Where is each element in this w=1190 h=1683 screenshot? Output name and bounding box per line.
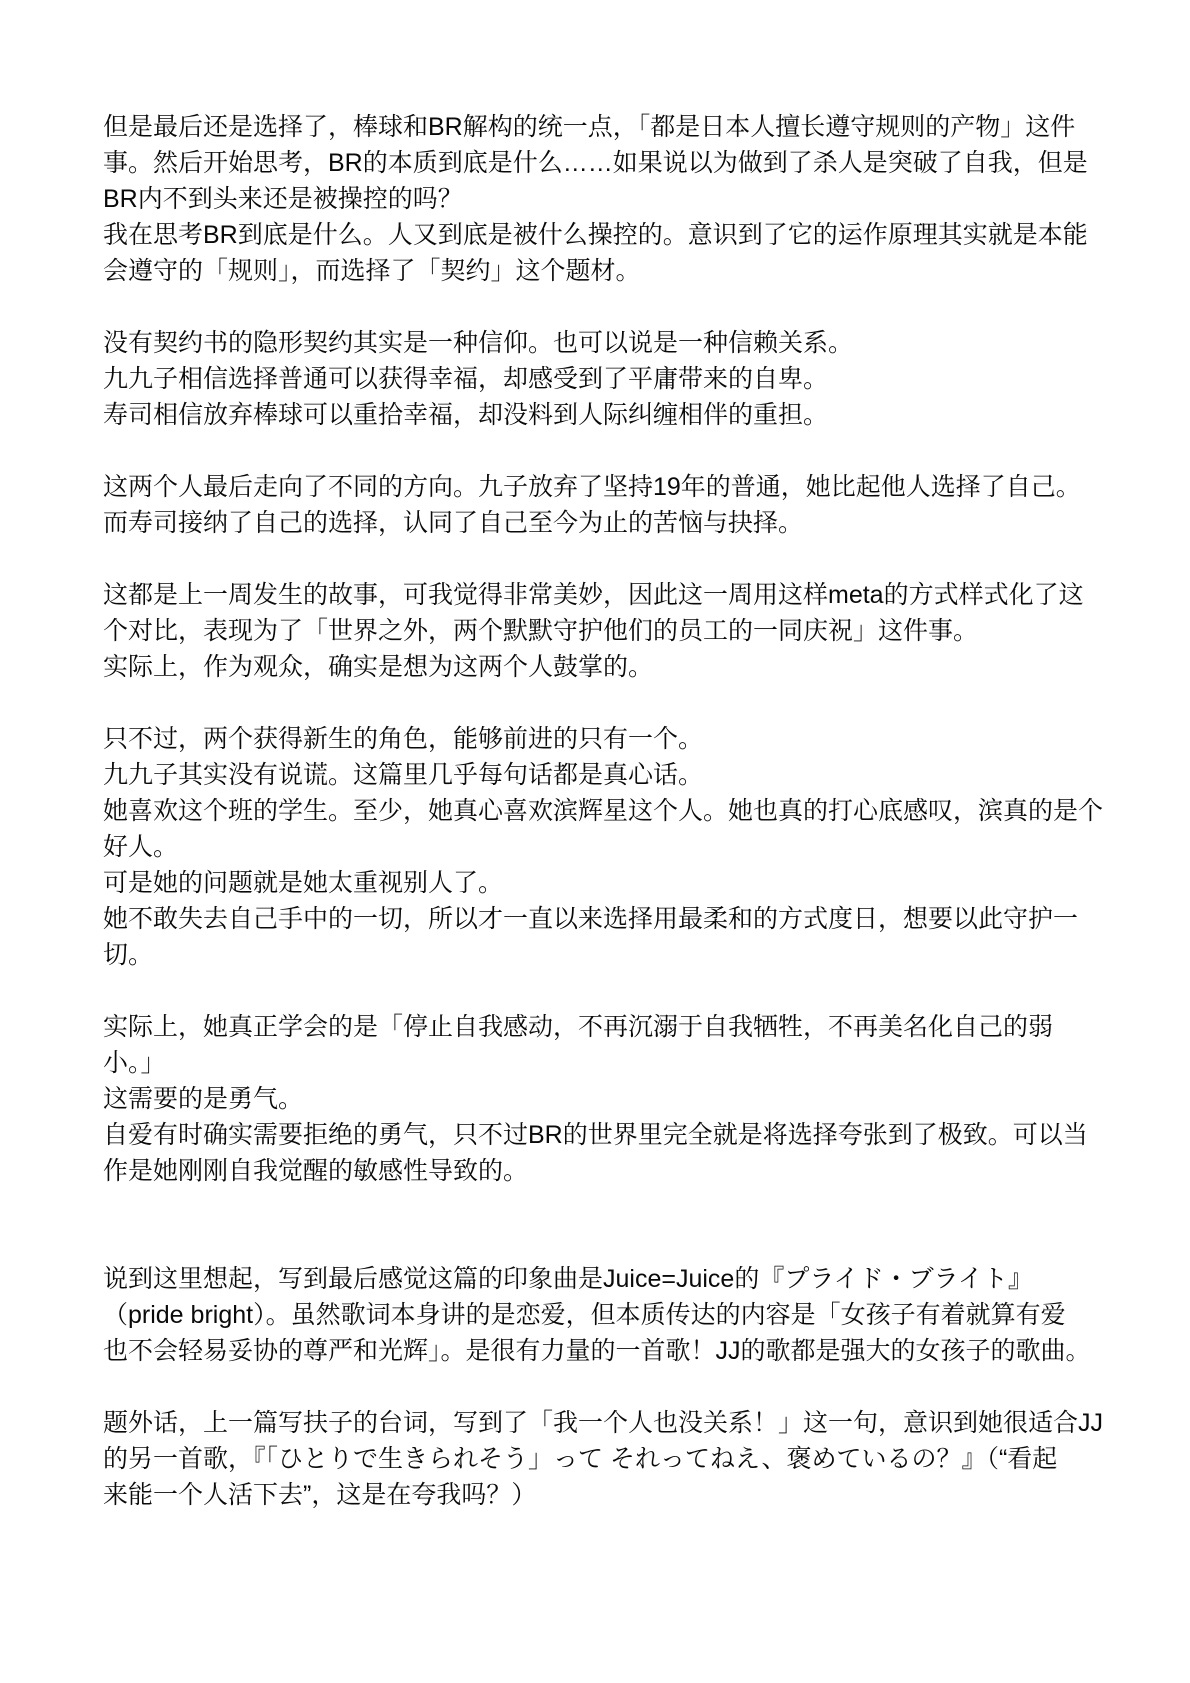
paragraph: 但是最后还是选择了，棒球和BR解构的统一点，「都是日本人擅长遵守规则的产物」这件… <box>103 109 1093 289</box>
text-line: 没有契约书的隐形契约其实是一种信仰。也可以说是一种信赖关系。 <box>103 325 1093 361</box>
text-line: 这都是上一周发生的故事，可我觉得非常美妙，因此这一周用这样meta的方式样式化了… <box>103 577 1093 613</box>
text-line: 寿司相信放弃棒球可以重拾幸福，却没料到人际纠缠相伴的重担。 <box>103 397 1093 433</box>
paragraph: 实际上，她真正学会的是「停止自我感动，不再沉溺于自我牺牲，不再美名化自己的弱小。… <box>103 1009 1093 1189</box>
paragraph: 没有契约书的隐形契约其实是一种信仰。也可以说是一种信赖关系。九九子相信选择普通可… <box>103 325 1093 433</box>
text-line: 而寿司接纳了自己的选择，认同了自己至今为止的苦恼与抉择。 <box>103 505 1093 541</box>
document-body: 但是最后还是选择了，棒球和BR解构的统一点，「都是日本人擅长遵守规则的产物」这件… <box>103 109 1093 1513</box>
text-line: 说到这里想起，写到最后感觉这篇的印象曲是Juice=Juice的『プライド・ブラ… <box>103 1261 1093 1297</box>
text-line: 九九子其实没有说谎。这篇里几乎每句话都是真心话。 <box>103 757 1093 793</box>
text-line: 好人。 <box>103 829 1093 865</box>
text-line: 也不会轻易妥协的尊严和光辉」。是很有力量的一首歌！JJ的歌都是强大的女孩子的歌曲… <box>103 1333 1093 1369</box>
text-line: 这两个人最后走向了不同的方向。九子放弃了坚持19年的普通，她比起他人选择了自己。 <box>103 469 1093 505</box>
text-line: 可是她的问题就是她太重视别人了。 <box>103 865 1093 901</box>
text-line: 的另一首歌，『「ひとりで生きられそう」って それってねえ、褒めているの？』（“看… <box>103 1441 1093 1477</box>
text-line: （pride bright）。虽然歌词本身讲的是恋爱，但本质传达的内容是「女孩子… <box>103 1297 1093 1333</box>
text-line: 她喜欢这个班的学生。至少，她真心喜欢滨辉星这个人。她也真的打心底感叹，滨真的是个 <box>103 793 1093 829</box>
text-line: 自爱有时确实需要拒绝的勇气，只不过BR的世界里完全就是将选择夸张到了极致。可以当 <box>103 1117 1093 1153</box>
text-line: 会遵守的「规则」，而选择了「契约」这个题材。 <box>103 253 1093 289</box>
text-line: 事。然后开始思考，BR的本质到底是什么……如果说以为做到了杀人是突破了自我，但是 <box>103 145 1093 181</box>
text-line: 作是她刚刚自我觉醒的敏感性导致的。 <box>103 1153 1093 1189</box>
paragraph: 这两个人最后走向了不同的方向。九子放弃了坚持19年的普通，她比起他人选择了自己。… <box>103 469 1093 541</box>
paragraph: 这都是上一周发生的故事，可我觉得非常美妙，因此这一周用这样meta的方式样式化了… <box>103 577 1093 685</box>
text-line: 题外话，上一篇写扶子的台词，写到了「我一个人也没关系！」这一句，意识到她很适合J… <box>103 1405 1093 1441</box>
text-line: 个对比，表现为了「世界之外，两个默默守护他们的员工的一同庆祝」这件事。 <box>103 613 1093 649</box>
text-line: 小。」 <box>103 1045 1093 1081</box>
text-line: 她不敢失去自己手中的一切，所以才一直以来选择用最柔和的方式度日，想要以此守护一 <box>103 901 1093 937</box>
text-line: 实际上，她真正学会的是「停止自我感动，不再沉溺于自我牺牲，不再美名化自己的弱 <box>103 1009 1093 1045</box>
text-line: 只不过，两个获得新生的角色，能够前进的只有一个。 <box>103 721 1093 757</box>
text-line: 这需要的是勇气。 <box>103 1081 1093 1117</box>
text-line: BR内不到头来还是被操控的吗？ <box>103 181 1093 217</box>
text-line: 来能一个人活下去”，这是在夸我吗？） <box>103 1477 1093 1513</box>
paragraph: 只不过，两个获得新生的角色，能够前进的只有一个。九九子其实没有说谎。这篇里几乎每… <box>103 721 1093 973</box>
text-line: 但是最后还是选择了，棒球和BR解构的统一点，「都是日本人擅长遵守规则的产物」这件 <box>103 109 1093 145</box>
paragraph: 题外话，上一篇写扶子的台词，写到了「我一个人也没关系！」这一句，意识到她很适合J… <box>103 1405 1093 1513</box>
text-line: 我在思考BR到底是什么。人又到底是被什么操控的。意识到了它的运作原理其实就是本能 <box>103 217 1093 253</box>
document-page: 但是最后还是选择了，棒球和BR解构的统一点，「都是日本人擅长遵守规则的产物」这件… <box>0 0 1190 1683</box>
text-line: 九九子相信选择普通可以获得幸福，却感受到了平庸带来的自卑。 <box>103 361 1093 397</box>
paragraph: 说到这里想起，写到最后感觉这篇的印象曲是Juice=Juice的『プライド・ブラ… <box>103 1261 1093 1369</box>
text-line: 实际上，作为观众，确实是想为这两个人鼓掌的。 <box>103 649 1093 685</box>
text-line: 切。 <box>103 937 1093 973</box>
